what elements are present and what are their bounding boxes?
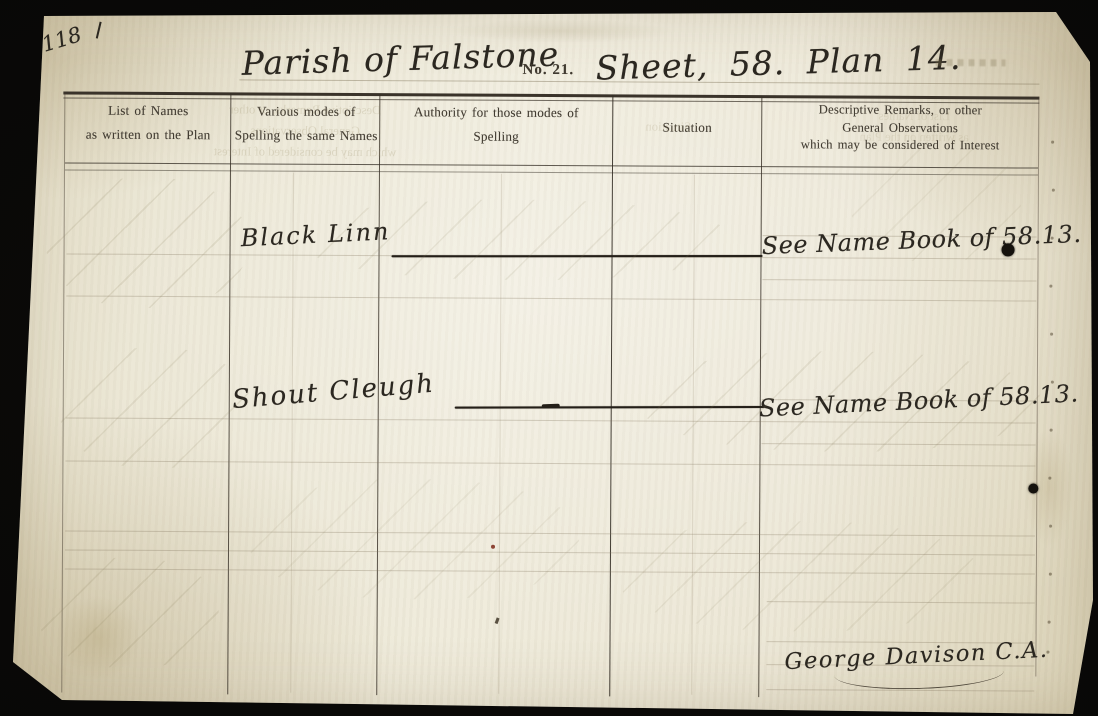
ghost-line: General Observations: [105, 122, 505, 141]
ink-blot: [1028, 484, 1038, 494]
ghost-line: Descriptive Remarks, or other: [105, 101, 505, 120]
ghost-situation-header: Situation: [593, 118, 743, 140]
ghost-line: Situation: [593, 118, 743, 136]
ruling-line: [66, 295, 1036, 301]
faint-stamp-mark: [936, 59, 1006, 66]
ruling-line: [65, 460, 1035, 466]
stitch-dot: [1046, 651, 1049, 654]
pencil-hatching: [59, 347, 250, 468]
pencil-hatching: [640, 350, 1041, 452]
entry-name: Shout Cleugh: [231, 369, 436, 416]
ink-line-blob: [542, 404, 560, 409]
ink-blot: [1002, 243, 1015, 256]
bleed-line: [290, 173, 294, 693]
pencil-hatching: [851, 142, 1022, 263]
ghost-remarks-header: Descriptive Remarks, or other General Ob…: [105, 101, 505, 166]
ghost-line: which may be considered of Interest: [105, 143, 505, 162]
stitch-dot: [1049, 573, 1052, 576]
signature-flourish: [834, 667, 1004, 691]
heading-plan-number: No. 21.: [522, 62, 574, 79]
ruling-line: [766, 689, 1034, 691]
scanned-document: 118 Parish of Falstone No. 21. Sheet, 58…: [0, 0, 1098, 716]
pencil-hatching: [46, 177, 247, 308]
ruling-line: [762, 279, 1036, 281]
pencil-hatching: [619, 520, 980, 632]
stitch-dot: [1051, 381, 1054, 384]
pencil-hatching: [300, 199, 730, 281]
stitch-dot: [1049, 525, 1052, 528]
stitch-dot: [1049, 285, 1052, 288]
column-divider-3: [609, 95, 613, 696]
stitch-dot: [1050, 429, 1053, 432]
page-number: 118: [39, 22, 84, 57]
stitch-dot: [1050, 333, 1053, 336]
pen-tick-mark: [96, 22, 102, 39]
red-speck: [491, 545, 495, 549]
stitch-dot: [1048, 621, 1051, 624]
stitch-dot: [1051, 237, 1054, 240]
pencil-hatching: [249, 478, 580, 600]
age-stain: [38, 577, 159, 698]
stitch-dot: [1048, 477, 1051, 480]
stitch-dot: [1051, 141, 1054, 144]
page-content: 118 Parish of Falstone No. 21. Sheet, 58…: [0, 0, 1098, 716]
ghost-line: List of Names: [789, 107, 1039, 125]
stitch-dot: [1052, 189, 1055, 192]
